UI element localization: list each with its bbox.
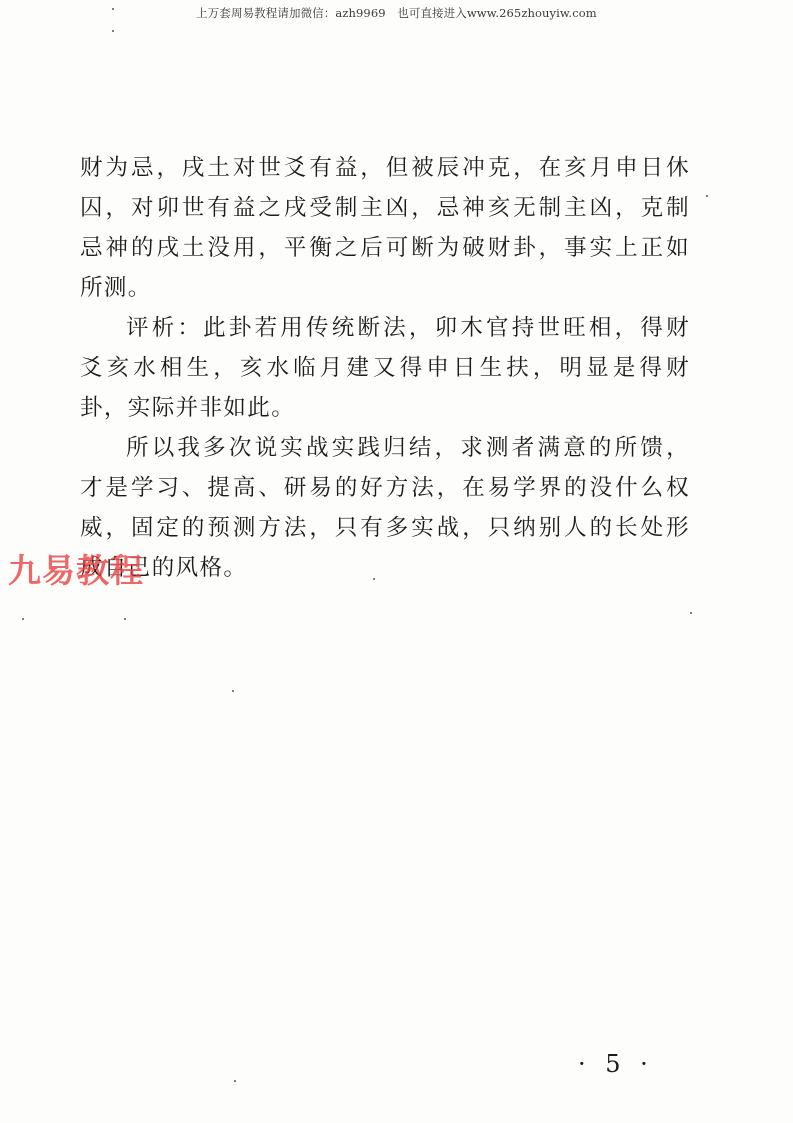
scan-speck bbox=[706, 195, 708, 197]
paragraph-3: 所以我多次说实战实践归结，求测者满意的所馈， 才是学习、提高、研易的好方法，在易… bbox=[80, 428, 690, 588]
scan-speck bbox=[232, 690, 234, 692]
scan-speck bbox=[373, 578, 375, 580]
scan-speck bbox=[234, 1080, 236, 1082]
text-line: 评析：此卦若用传统断法，卯木官持世旺相，得财 bbox=[80, 308, 690, 348]
scan-speck bbox=[112, 30, 114, 32]
scan-speck bbox=[22, 618, 24, 620]
text-line: 囚，对卯世有益之戌受制主凶，忌神亥无制主凶，克制 bbox=[80, 188, 690, 228]
paragraph-1: 财为忌，戌土对世爻有益，但被辰冲克，在亥月申日休 囚，对卯世有益之戌受制主凶，忌… bbox=[80, 148, 690, 308]
text-line: 所以我多次说实战实践归结，求测者满意的所馈， bbox=[80, 428, 690, 468]
scan-speck bbox=[690, 612, 692, 614]
scan-speck bbox=[112, 8, 114, 10]
text-line: 威，固定的预测方法，只有多实战，只纳别人的长处形 bbox=[80, 508, 690, 548]
body-text: 财为忌，戌土对世爻有益，但被辰冲克，在亥月申日休 囚，对卯世有益之戌受制主凶，忌… bbox=[80, 148, 690, 588]
watermark-logo: 九易教程 bbox=[8, 545, 144, 592]
text-line: 爻亥水相生，亥水临月建又得申日生扶，明显是得财 bbox=[80, 348, 690, 388]
header-banner: 上万套周易教程请加微信：azh9969 也可直接进入www.265zhouyiw… bbox=[0, 5, 793, 21]
text-line: 才是学习、提高、研易的好方法，在易学界的没什么权 bbox=[80, 468, 690, 508]
page-number: · 5 · bbox=[578, 1050, 654, 1078]
paragraph-2: 评析：此卦若用传统断法，卯木官持世旺相，得财 爻亥水相生，亥水临月建又得申日生扶… bbox=[80, 308, 690, 428]
text-line: 财为忌，戌土对世爻有益，但被辰冲克，在亥月申日休 bbox=[80, 148, 690, 188]
text-line: 忌神的戌土没用，平衡之后可断为破财卦，事实上正如 bbox=[80, 228, 690, 268]
text-line: 成自己的风格。 bbox=[80, 548, 690, 588]
scan-speck bbox=[124, 618, 126, 620]
text-line: 所测。 bbox=[80, 268, 690, 308]
text-line: 卦，实际并非如此。 bbox=[80, 388, 690, 428]
